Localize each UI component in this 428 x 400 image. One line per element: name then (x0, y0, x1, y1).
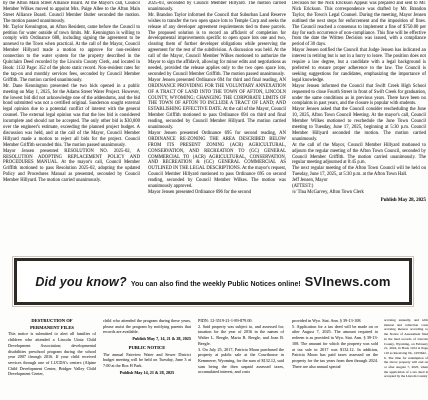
minutes-paragraph: by the Afton Main Street Alliance Board.… (3, 1, 140, 25)
notice-column-tax-1: PIDN: 12-3519-21-1-89-879.00. 2. Said pr… (198, 318, 284, 400)
notice-paragraph: accruing annually, and with interest and… (384, 318, 428, 356)
minutes-paragraph: Mr. Brandon Taylor informed the Council … (148, 13, 286, 78)
minutes-paragraph: Mr. Dane Kennington presented the two bi… (3, 84, 140, 149)
notice-paragraph: The annual Fairview Water and Sewer Dist… (103, 352, 191, 369)
notice-paragraph: child who attended the program during th… (103, 318, 191, 335)
notice-heading: PERMANENT FILES (8, 325, 96, 331)
minutes-paragraph: Mayor Jensen presented RESOLUTION NO. 20… (3, 149, 140, 184)
notice-column-records: child who attended the program during th… (103, 318, 191, 400)
notice-heading: DESTRUCTION OF (8, 318, 96, 324)
notice-paragraph: 2. Said property was subject to, and ass… (198, 324, 284, 347)
notice-column-destruction: DESTRUCTION OF PERMANENT FILES This noti… (8, 318, 96, 400)
minutes-paragraph: Mayor Jensen presented Ordinance 694 for… (148, 78, 286, 131)
public-notices-promo-banner: Did you know? You can also find the week… (14, 258, 412, 305)
minutes-paragraph: Mayor Jensen informed the Council that S… (292, 84, 426, 108)
minutes-column-1: by the Afton Main Street Alliance Board.… (3, 1, 140, 253)
minutes-paragraph: Mayor Jensen presented Ordinance 696 for… (148, 190, 286, 196)
publish-date-line: Publish May 28, 2025 (292, 198, 426, 204)
minutes-paragraph: Mayor Jensen presented Ordinance 695 for… (148, 131, 286, 190)
notice-heading: PUBLIC NOTICE (103, 345, 191, 351)
minutes-column-2: 2025-03, seconded by Council Member Hill… (148, 1, 286, 253)
minutes-paragraph: At the call of the Mayor, Council Member… (292, 143, 426, 167)
minutes-paragraph: Mayor Jensen asked that the Council cons… (292, 107, 426, 142)
notice-paragraph: This notice is submitted to alert all fa… (8, 331, 96, 377)
clerk-signature-line: /s/ Tina McGarvey, Afton Town Clerk (292, 190, 426, 196)
publish-date-line: Publish May 7, 14, 21 & 28, 2025 (103, 336, 191, 342)
notice-paragraph: 6. The time for redemption of the above … (384, 356, 428, 380)
minutes-column-3: Decision for the Nick Erickson Appeal wa… (292, 1, 426, 253)
promo-website-link[interactable]: SVInews.com (305, 274, 391, 289)
minutes-paragraph: The next regular meeting of the Afton To… (292, 166, 426, 178)
promo-banner-content: Did you know? You can also find the week… (35, 274, 390, 289)
minutes-paragraph: 2025-03, seconded by Council Member Hill… (148, 1, 286, 13)
notice-paragraph: 3. On July 25, 2017, Patricia Moon purch… (198, 347, 284, 376)
notice-paragraph: 5. Application for a tax deed will be ma… (292, 324, 378, 370)
publish-date-line: Publish May 14, 21 & 28, 2025 (103, 370, 191, 376)
notice-column-tax-3: accruing annually, and with interest and… (384, 318, 428, 400)
newspaper-public-notices-page: by the Afton Main Street Alliance Board.… (0, 0, 428, 400)
minutes-paragraph: Mayor Jensen notified the Council that J… (292, 48, 426, 83)
minutes-paragraph: Decision for the Nick Erickson Appeal wa… (292, 1, 426, 48)
minutes-paragraph: Mr. Taylor Kennington, an Afton Resident… (3, 25, 140, 84)
promo-lead-text: Did you know? (35, 275, 127, 289)
notice-column-tax-2: provided in Wyo. Stat. Ann. § 39-13-108.… (292, 318, 378, 400)
promo-message-text: You can also find the weekly Public Noti… (131, 281, 301, 288)
